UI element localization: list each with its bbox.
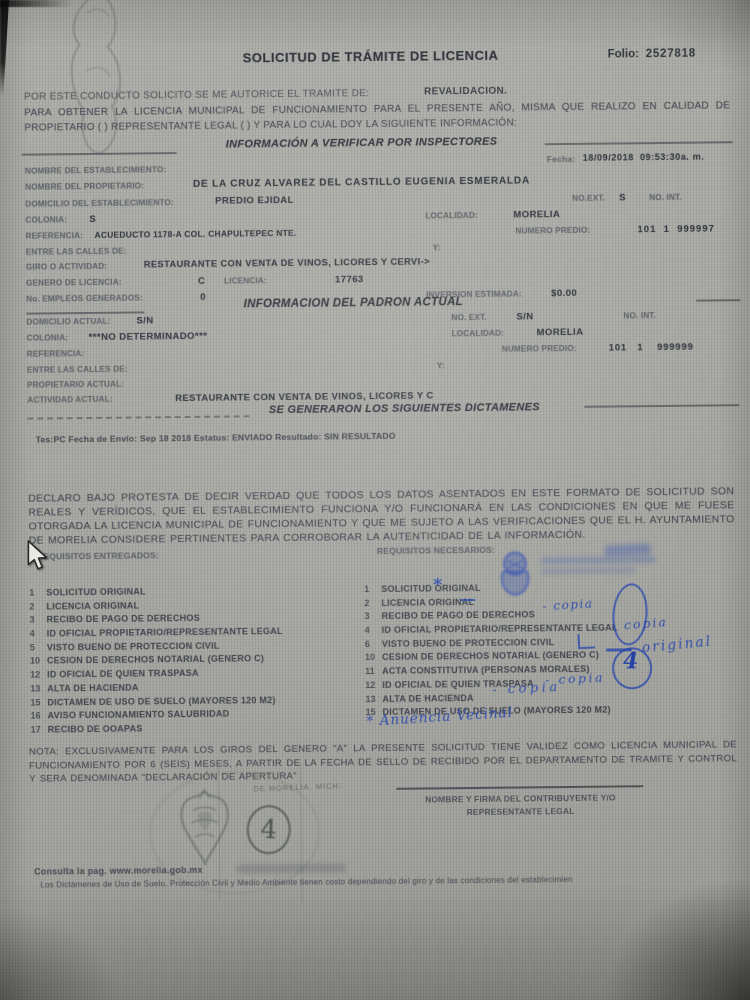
field-padron-localidad-label: LOCALIDAD: [452, 330, 505, 339]
dictamen-status-line: Tes:PC Fecha de Envío: Sep 18 2018 Estat… [36, 432, 396, 445]
tramite-label: POR ESTE CONDUCTO SOLICITO SE ME AUTORIC… [24, 89, 369, 103]
field-domicilio-actual-label: DOMICILIO ACTUAL: [26, 318, 110, 328]
handwritten-copia: - copia [492, 680, 561, 698]
faint-handwriting-smudge [236, 863, 346, 873]
section-title-dictamenes: SE GENERARON LOS SIGUIENTES DICTAMENES [239, 402, 569, 417]
license-form: SOLICITUD DE TRÁMITE DE LICENCIA Folio: … [0, 0, 750, 1000]
field-padron-referencia-label: REFERENCIA: [27, 350, 85, 359]
document-photo: SOLICITUD DE TRÁMITE DE LICENCIA Folio: … [0, 0, 750, 1000]
nota-paragraph: NOTA: EXCLUSIVAMENTE PARA LOS GIROS DEL … [29, 738, 737, 786]
field-empleos-label: No. EMPLEOS GENERADOS: [26, 294, 143, 304]
blue-stamp-text-smudge [541, 556, 656, 564]
field-nombre-establecimiento-label: NOMBRE DEL ESTABLECIMIENTO: [25, 166, 167, 176]
field-padron-noext-value: S/N [516, 312, 533, 322]
handwritten-bracket [577, 633, 595, 649]
field-noext-label: NO.EXT. [572, 195, 605, 204]
signature-caption-2: REPRESENTANTE LEGAL [397, 806, 645, 818]
handwritten-asterisk: * [433, 575, 442, 595]
field-padron-noint-label: NO. INT. [623, 312, 656, 321]
folio-value: 2527818 [646, 48, 697, 61]
field-genero-value: C [198, 277, 205, 287]
blue-stamp-text-smudge [605, 543, 651, 556]
page-title: SOLICITUD DE TRÁMITE DE LICENCIA [243, 49, 499, 66]
field-padron-numero-predio-value: 101 1 999999 [609, 343, 694, 354]
folio-label: Folio: [608, 48, 639, 61]
list-item: 17RECIBO DE OOAPAS [31, 722, 284, 738]
field-actividad-actual-value: RESTAURANTE CON VENTA DE VINOS, LICORES … [175, 390, 434, 403]
section-title-padron: INFORMACION DEL PADRON ACTUAL [178, 295, 528, 311]
declaration-paragraph: DECLARO BAJO PROTESTA DE DECIR VERDAD QU… [28, 484, 735, 548]
field-domicilio-actual-value: S/N [136, 316, 153, 326]
field-referencia-value: ACUEDUCTO 1178-A COL. CHAPULTEPEC NTE. [94, 229, 296, 240]
field-padron-localidad-value: MORELIA [537, 328, 584, 339]
circled-number: 4 [260, 814, 278, 845]
divider [545, 141, 733, 144]
footer-dictamenes-line: Los Dictámenes de Uso de Suelo, Protecci… [40, 876, 572, 890]
handwritten-dash [460, 599, 475, 601]
field-noint-label: NO. INT. [649, 194, 682, 203]
field-genero-label: GENERO DE LICENCIA: [26, 279, 122, 289]
field-padron-numero-predio-label: NUMERO PREDIO: [502, 345, 577, 355]
field-localidad-value: MORELIA [513, 210, 560, 221]
faint-stamp-outline-icon [57, 0, 149, 168]
field-licencia-label: LICENCIA: [224, 277, 267, 286]
handwritten-original: original [641, 633, 713, 656]
handwritten-circled-4-blue: 4 [623, 648, 639, 674]
field-numero-predio-label: NUMERO PREDIO: [515, 227, 590, 237]
mouse-cursor-icon [25, 540, 51, 572]
field-domicilio-value: PREDIO EJIDAL [215, 196, 294, 207]
field-giro-value: RESTAURANTE CON VENTA DE VINOS, LICORES … [144, 257, 430, 270]
requisitos-necesarios-label: REQUISITOS NECESARIOS: [377, 546, 495, 557]
field-y-label: Y: [433, 244, 441, 253]
fecha-label: Fecha: [547, 155, 576, 165]
field-padron-entre-calles-label: ENTRE LAS CALLES DE: [27, 366, 128, 376]
requisitos-entregados-list: 1SOLICITUD ORIGINAL 2LICENCIA ORIGINAL 3… [29, 585, 284, 738]
field-inversion-value: $0.00 [551, 289, 577, 300]
field-propietario-actual-label: PROPIETARIO ACTUAL: [27, 381, 124, 391]
field-licencia-value: 17763 [335, 275, 364, 286]
round-stamp-text: DE MORELIA, MICH. [253, 782, 342, 793]
footer-website-line: Consulta la pag. www.morelia.gob.mx [34, 866, 203, 877]
field-domicilio-label: DOMICILIO DEL ESTABLECIMIENTO: [25, 199, 174, 209]
field-nombre-propietario-label: NOMBRE DEL PROPIETARIO: [25, 182, 144, 192]
intro-line3: PROPIETARIO ( ) REPRESENTANTE LEGAL ( ) … [24, 118, 517, 134]
section-title-inspectores: INFORMACIÓN A VERIFICAR POR INSPECTORES [182, 136, 542, 152]
divider [26, 311, 144, 314]
field-padron-y-label: Y: [437, 362, 445, 371]
divider [584, 404, 739, 407]
field-padron-noext-label: NO. EXT. [451, 314, 486, 323]
requisitos-entregados-label: REQUISITOS ENTREGADOS: [37, 551, 159, 562]
divider [696, 299, 740, 301]
photo-edge-dark-top [0, 0, 72, 7]
blue-stamp-text-smudge [541, 567, 636, 573]
field-colonia-label: COLONIA: [25, 216, 67, 225]
field-colonia-value: S [89, 215, 96, 225]
field-actividad-actual-label: ACTIVIDAD ACTUAL: [27, 396, 113, 406]
coat-of-arms-stamp-icon [168, 787, 241, 868]
tramite-value: REVALIDACION. [424, 87, 507, 99]
field-nombre-propietario-value: DE LA CRUZ ALVAREZ DEL CASTILLO EUGENIA … [193, 176, 530, 190]
field-entre-calles-label: ENTRE LAS CALLES DE: [26, 248, 127, 258]
field-padron-colonia-label: COLONIA: [27, 334, 69, 343]
field-numero-predio-value: 101 1 999997 [637, 224, 715, 235]
field-referencia-label: REFERENCIA: [25, 232, 83, 241]
fecha-value: 18/09/2018 09:53:30a. m. [583, 153, 705, 164]
field-giro-label: GIRO O ACTIVIDAD: [26, 263, 107, 273]
divider-dashed [27, 415, 249, 419]
signature-caption-1: NOMBRE Y FIRMA DEL CONTRIBUYENTE Y/O [396, 793, 644, 805]
signature-line [396, 785, 643, 789]
field-padron-colonia-value: ***NO DETERMINADO*** [89, 332, 208, 343]
field-noext-value: S [619, 193, 626, 203]
field-localidad-label: LOCALIDAD: [425, 212, 478, 221]
